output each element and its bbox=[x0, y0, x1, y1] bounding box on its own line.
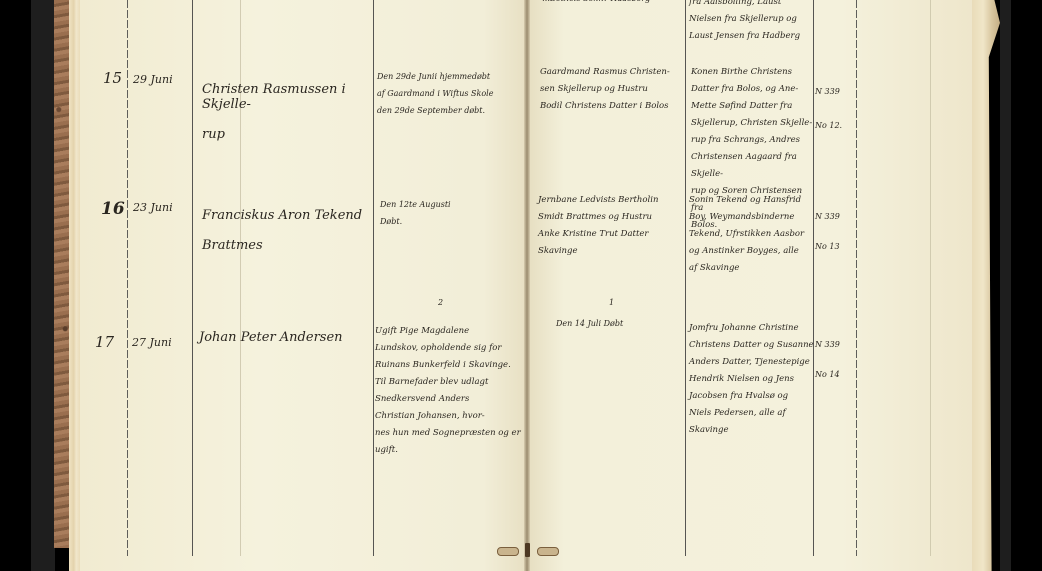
child-name-line1: Christen Rasmussen i Skjelle- bbox=[202, 82, 346, 112]
parents: Gaardmand Rasmus Christen- sen Skjelleru… bbox=[540, 64, 682, 115]
baptism-note: Den 29de Junii hjemmedøbt af Gaardmand i… bbox=[377, 68, 523, 119]
reference-line2: No 12. bbox=[815, 121, 842, 130]
baptism-note: Ugift Pige Magdalene Lundskov, opholdend… bbox=[375, 323, 523, 459]
baptism-marker: 2 bbox=[438, 298, 443, 307]
entry-number: 15 bbox=[103, 70, 122, 87]
witnesses: Sonin Tekend og Hansfrid Boy, Weymandsbi… bbox=[689, 192, 815, 277]
top-fragment-parents: …Bothols Sohn? Hadsberg bbox=[542, 0, 682, 3]
top-fragment-witnesses: fra Aalsbolling, Laust Nielsen fra Skjel… bbox=[689, 0, 814, 45]
column-rule-number bbox=[127, 0, 128, 556]
book-gutter bbox=[524, 0, 530, 571]
page-edges-right bbox=[972, 0, 1000, 571]
entry-date: 29 Juni bbox=[133, 74, 173, 87]
thread-center bbox=[525, 543, 530, 557]
child-name-line2: Brattmes bbox=[202, 238, 263, 253]
reference-line1: N 339 bbox=[815, 340, 840, 349]
child-name: Franciskus Aron Tekend Brattmes bbox=[202, 194, 374, 254]
thread-loop-left bbox=[497, 547, 519, 556]
reference: N 339 No 12. bbox=[815, 66, 855, 134]
entry-date: 27 Juni bbox=[132, 337, 172, 350]
child-name: Christen Rasmussen i Skjelle- rup bbox=[202, 68, 374, 143]
baptism-note: Den 12te Augusti Døbt. bbox=[380, 196, 520, 230]
reference: N 339 No 13 bbox=[815, 194, 855, 254]
child-name-line1: Franciskus Aron Tekend bbox=[202, 208, 362, 223]
background-right bbox=[1011, 0, 1042, 571]
book-board-left bbox=[31, 0, 55, 571]
entry-number: 16 bbox=[101, 200, 125, 220]
witnesses: Jomfru Johanne Christine Christens Datte… bbox=[689, 320, 815, 439]
column-rule-reference bbox=[856, 0, 857, 556]
child-name: Johan Peter Andersen bbox=[199, 331, 375, 346]
reference: N 339 No 14 bbox=[815, 322, 855, 382]
book-board-right bbox=[1000, 0, 1011, 571]
thread-loop-right bbox=[537, 547, 559, 556]
child-name-line2: rup bbox=[202, 127, 225, 142]
reference-line1: N 339 bbox=[815, 212, 840, 221]
background-left bbox=[0, 0, 31, 571]
parents-marker: 1 bbox=[609, 298, 614, 307]
column-rule-date bbox=[192, 0, 193, 556]
reference-line1: N 339 bbox=[815, 87, 840, 96]
binding-thread-knot bbox=[497, 545, 559, 557]
entry-date: 23 Juni bbox=[133, 202, 173, 215]
entry-number: 17 bbox=[95, 334, 114, 351]
parents: Jernbane Ledvists Bertholin Smidt Brattm… bbox=[538, 192, 682, 260]
column-rule-faint-right bbox=[930, 0, 931, 556]
reference-line2: No 14 bbox=[815, 370, 840, 379]
reference-line2: No 13 bbox=[815, 242, 840, 251]
column-rule-parents bbox=[685, 0, 686, 556]
parents: Den 14 Juli Døbt bbox=[556, 319, 676, 328]
